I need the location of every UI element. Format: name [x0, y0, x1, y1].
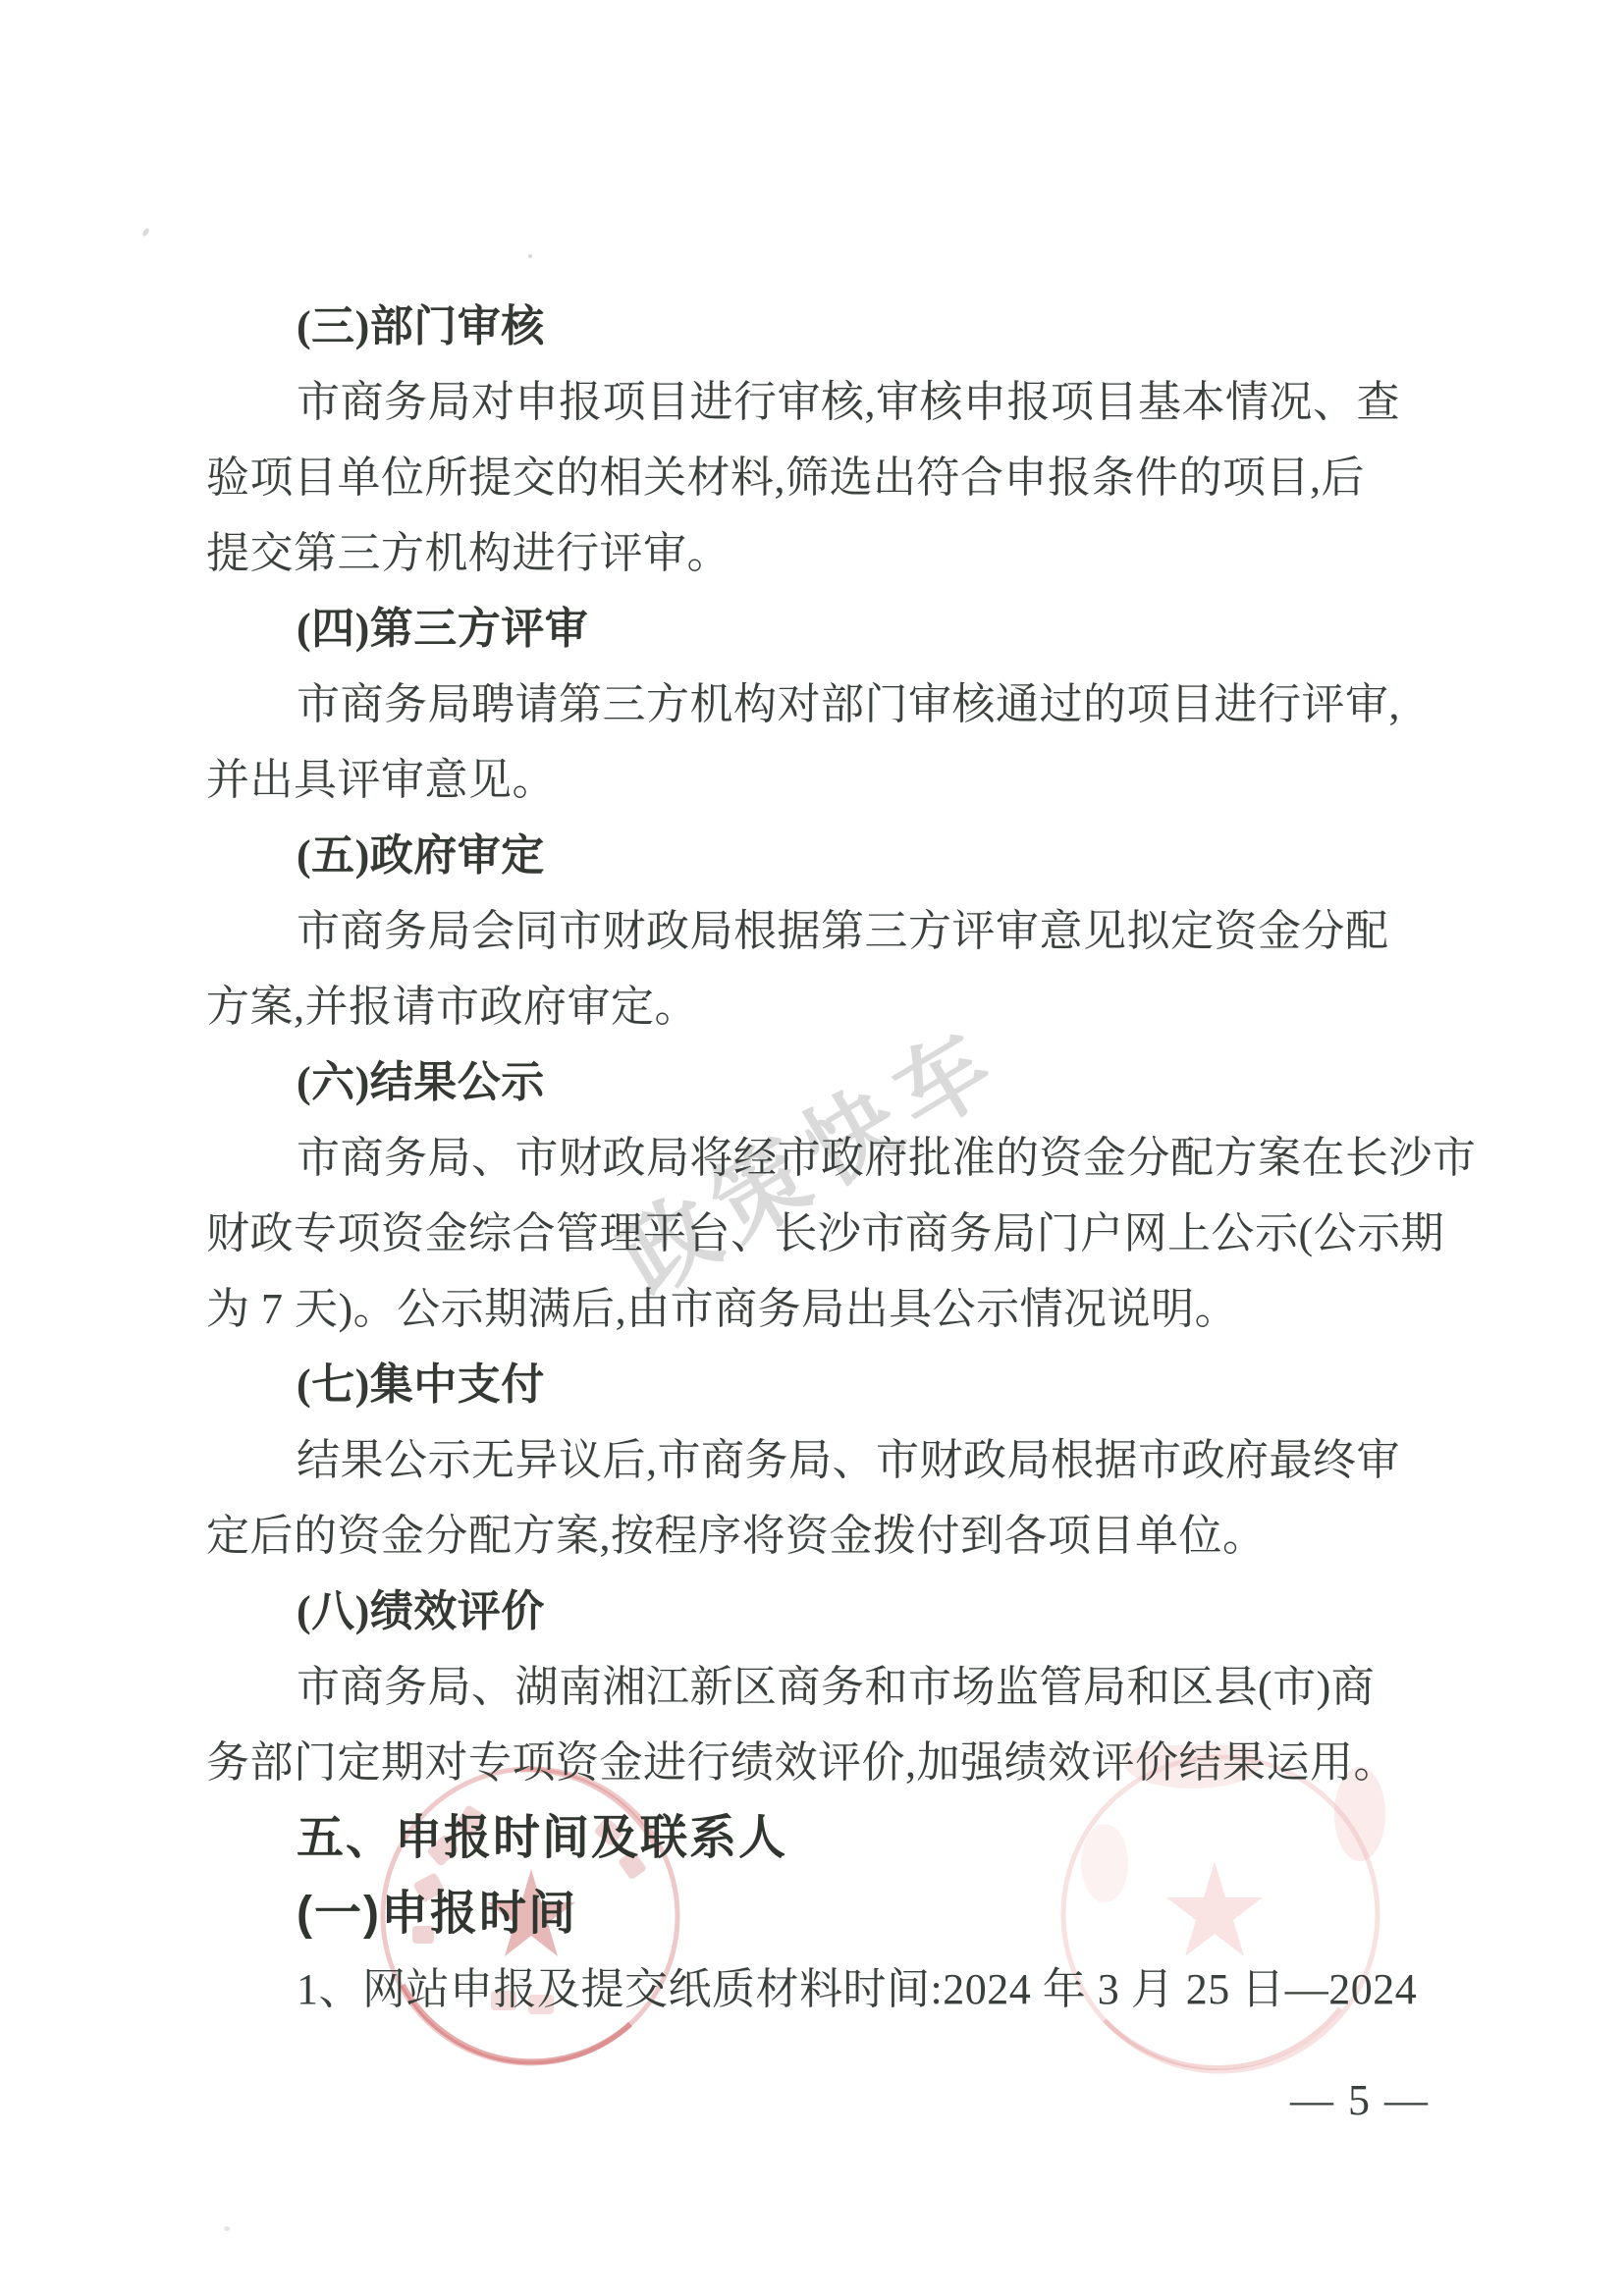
body-text-line: 财政专项资金综合管理平台、长沙市商务局门户网上公示(公示期 — [206, 1196, 1502, 1271]
body-text-line: 并出具评审意见。 — [206, 742, 1502, 818]
sub-heading-line: (七)集中支付 — [206, 1347, 1502, 1422]
sub-heading-line: (八)绩效评价 — [206, 1574, 1502, 1649]
section-heading-line: (一)申报时间 — [206, 1876, 1502, 1951]
body-text-line: 结果公示无异议后,市商务局、市财政局根据市政府最终审 — [206, 1422, 1502, 1498]
body-text-line: 务部门定期对专项资金进行绩效评价,加强绩效评价结果运用。 — [206, 1725, 1502, 1800]
body-text-line: 市商务局、市财政局将经市政府批准的资金分配方案在长沙市 — [206, 1120, 1502, 1196]
scan-speck — [224, 2226, 230, 2231]
body-text-line: 市商务局、湖南湘江新区商务和市场监管局和区县(市)商 — [206, 1649, 1502, 1725]
body-text-line: 1、网站申报及提交纸质材料时间:2024 年 3 月 25 日—2024 — [206, 1951, 1502, 2027]
section-heading-line: 五、申报时间及联系人 — [206, 1800, 1502, 1876]
body-text-line: 市商务局对申报项目进行审核,审核申报项目基本情况、查 — [206, 364, 1502, 440]
body-text-line: 定后的资金分配方案,按程序将资金拨付到各项目单位。 — [206, 1498, 1502, 1574]
sub-heading-line: (五)政府审定 — [206, 818, 1502, 893]
document-body: (三)部门审核市商务局对申报项目进行审核,审核申报项目基本情况、查验项目单位所提… — [206, 289, 1502, 2027]
document-page: 政策快车 (三)部门审核市商务局对申报项目进行审核,审核申报项目基本情况、查 — [0, 0, 1623, 2296]
body-text-line: 市商务局聘请第三方机构对部门审核通过的项目进行评审, — [206, 667, 1502, 742]
sub-heading-line: (六)结果公示 — [206, 1044, 1502, 1120]
body-text-line: 验项目单位所提交的相关材料,筛选出符合申报条件的项目,后 — [206, 440, 1502, 515]
page-number: — 5 — — [1286, 2075, 1434, 2125]
sub-heading-line: (三)部门审核 — [206, 289, 1502, 364]
scan-speck — [141, 227, 150, 237]
body-text-line: 提交第三方机构进行评审。 — [206, 515, 1502, 591]
body-text-line: 为 7 天)。公示期满后,由市商务局出具公示情况说明。 — [206, 1271, 1502, 1347]
scan-speck — [528, 254, 532, 258]
body-text-line: 市商务局会同市财政局根据第三方评审意见拟定资金分配 — [206, 893, 1502, 969]
sub-heading-line: (四)第三方评审 — [206, 591, 1502, 667]
body-text-line: 方案,并报请市政府审定。 — [206, 969, 1502, 1044]
